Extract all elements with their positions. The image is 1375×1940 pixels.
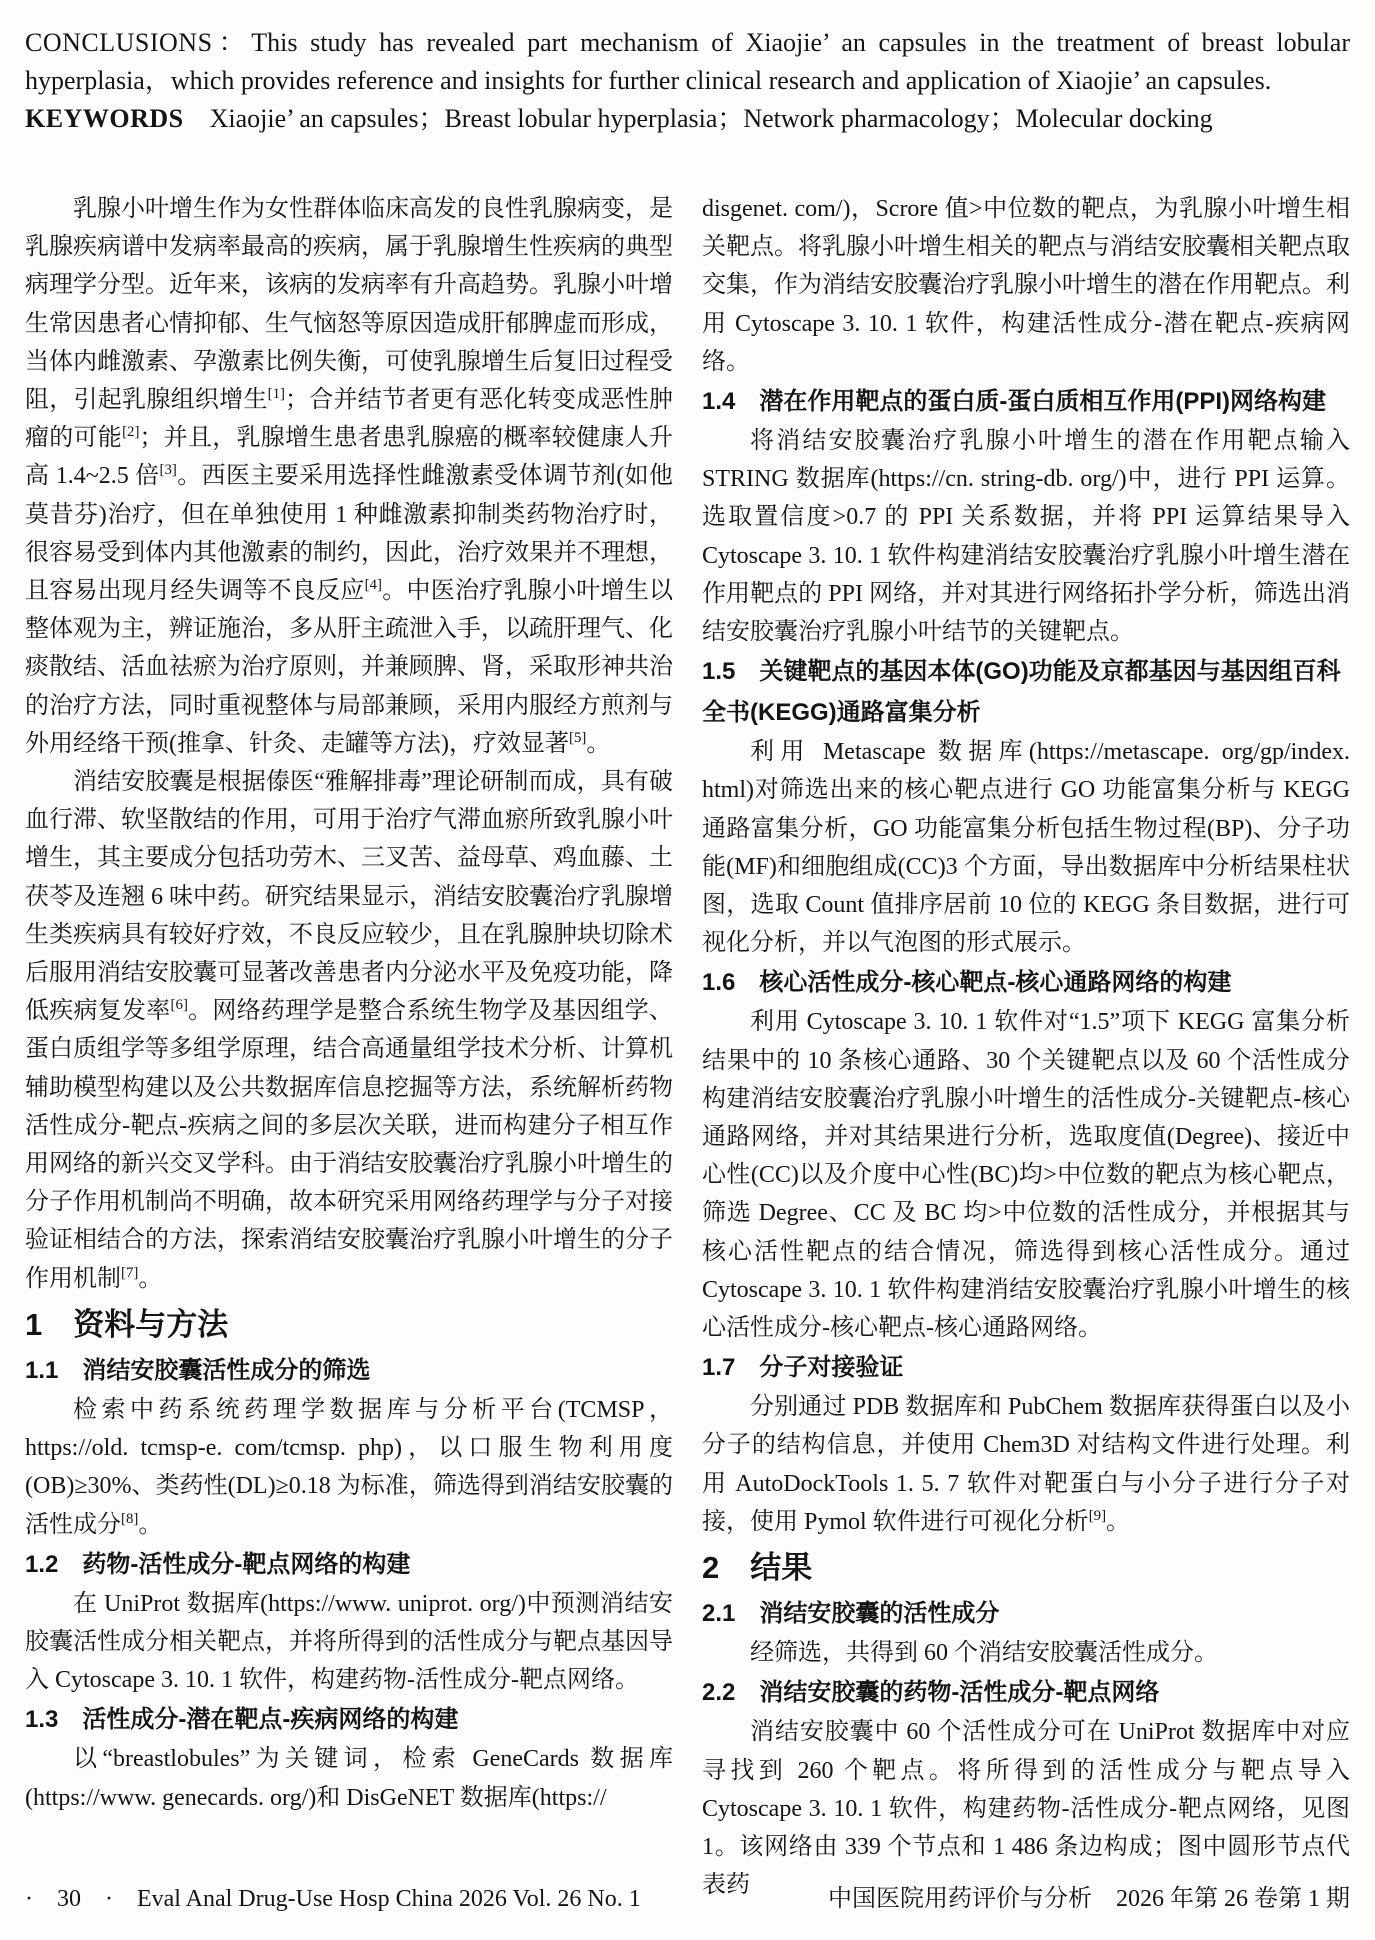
paragraph-1-4: 将消结安胶囊治疗乳腺小叶增生的潜在作用靶点输入 STRING 数据库(https…	[702, 422, 1350, 651]
paragraph-2-1: 经筛选，共得到 60 个消结安胶囊活性成分。	[702, 1634, 1350, 1672]
section-heading-2-results: 2 结果	[702, 1545, 1350, 1591]
keywords-paragraph: KEYWORDSXiaojie’ an capsules；Breast lobu…	[25, 100, 1350, 138]
keywords-text: Xiaojie’ an capsules；Breast lobular hype…	[210, 104, 1213, 133]
body-columns: 乳腺小叶增生作为女性群体临床高发的良性乳腺病变，是乳腺疾病谱中发病率最高的疾病，…	[25, 190, 1350, 1904]
abstract-block: CONCLUSIONS：This study has revealed part…	[25, 24, 1350, 138]
paragraph-1-7: 分别通过 PDB 数据库和 PubChem 数据库获得蛋白以及小分子的结构信息，…	[702, 1388, 1350, 1541]
intro-paragraph-2: 消结安胶囊是根据傣医“雅解排毒”理论研制而成，具有破血行滞、软坚散结的作用，可用…	[25, 763, 673, 1298]
subsection-heading-1-6: 1.6 核心活性成分-核心靶点-核心通路网络的构建	[702, 962, 1350, 1003]
subsection-heading-1-2: 1.2 药物-活性成分-靶点网络的构建	[25, 1544, 673, 1585]
paragraph-1-3-continued: disgenet. com/)，Scrore 值>中位数的靶点，为乳腺小叶增生相…	[702, 190, 1350, 381]
footer-journal-en: · 30 · Eval Anal Drug-Use Hosp China 202…	[25, 1884, 641, 1914]
journal-page: CONCLUSIONS：This study has revealed part…	[0, 0, 1375, 1940]
subsection-heading-2-1: 2.1 消结安胶囊的活性成分	[702, 1593, 1350, 1634]
left-column: 乳腺小叶增生作为女性群体临床高发的良性乳腺病变，是乳腺疾病谱中发病率最高的疾病，…	[25, 190, 673, 1904]
subsection-heading-1-3: 1.3 活性成分-潜在靶点-疾病网络的构建	[25, 1699, 673, 1740]
page-footer: · 30 · Eval Anal Drug-Use Hosp China 202…	[25, 1884, 1350, 1914]
paragraph-1-3: 以“breastlobules”为关键词，检索 GeneCards 数据库(ht…	[25, 1740, 673, 1816]
intro-paragraph-1: 乳腺小叶增生作为女性群体临床高发的良性乳腺病变，是乳腺疾病谱中发病率最高的疾病，…	[25, 190, 673, 763]
conclusions-label: CONCLUSIONS：	[25, 28, 251, 57]
keywords-label: KEYWORDS	[25, 104, 184, 133]
subsection-heading-1-4: 1.4 潜在作用靶点的蛋白质-蛋白质相互作用(PPI)网络构建	[702, 381, 1350, 422]
paragraph-1-2: 在 UniProt 数据库(https://www. uniprot. org/…	[25, 1585, 673, 1700]
paragraph-1-1: 检索中药系统药理学数据库与分析平台(TCMSP，https://old. tcm…	[25, 1391, 673, 1544]
conclusions-paragraph: CONCLUSIONS：This study has revealed part…	[25, 24, 1350, 100]
section-heading-1-methods: 1 资料与方法	[25, 1302, 673, 1348]
subsection-heading-1-5: 1.5 关键靶点的基因本体(GO)功能及京都基因与基因组百科全书(KEGG)通路…	[702, 651, 1350, 733]
paragraph-2-2: 消结安胶囊中 60 个活性成分可在 UniProt 数据库中对应寻找到 260 …	[702, 1713, 1350, 1904]
paragraph-1-6: 利用 Cytoscape 3. 10. 1 软件对“1.5”项下 KEGG 富集…	[702, 1003, 1350, 1347]
subsection-heading-1-7: 1.7 分子对接验证	[702, 1347, 1350, 1388]
footer-journal-cn: 中国医院用药评价与分析 2026 年第 26 卷第 1 期	[828, 1884, 1350, 1914]
right-column: disgenet. com/)，Scrore 值>中位数的靶点，为乳腺小叶增生相…	[702, 190, 1350, 1904]
subsection-heading-1-1: 1.1 消结安胶囊活性成分的筛选	[25, 1350, 673, 1391]
paragraph-1-5: 利用 Metascape 数据库(https://metascape. org/…	[702, 733, 1350, 962]
subsection-heading-2-2: 2.2 消结安胶囊的药物-活性成分-靶点网络	[702, 1672, 1350, 1713]
